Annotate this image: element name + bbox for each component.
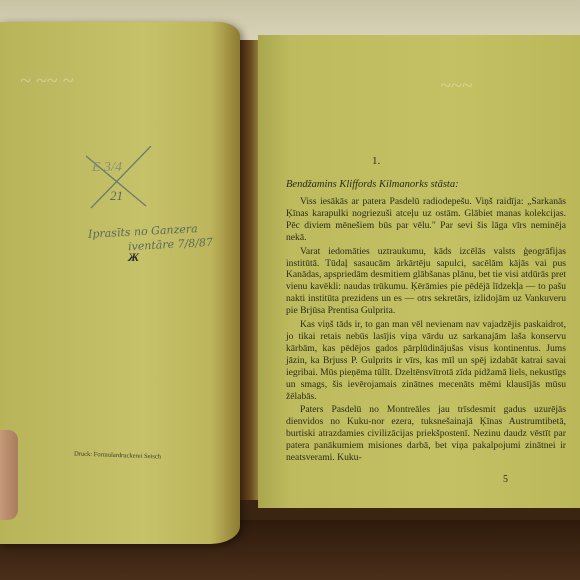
thumb: [0, 430, 18, 520]
paragraph: Paters Pasdelū no Montreāles jau trīsdes…: [286, 404, 566, 464]
signature: Ж: [128, 250, 139, 265]
library-stamp-mark: [86, 146, 156, 216]
stamp-number: 21: [110, 188, 123, 204]
chapter-number: 1.: [372, 155, 380, 167]
paragraph: Varat iedomāties uztraukumu, kāds izcēlā…: [286, 246, 566, 317]
ghost-impression: ~ ~~ ~: [20, 70, 73, 93]
stamp-code: E 3/4: [92, 160, 122, 176]
ghost-impression: ~~~: [440, 75, 472, 98]
chapter-heading: Bendžamins Kliffords Kilmanorks stāsta:: [286, 179, 459, 190]
paragraph: Viss iesākās ar patera Pasdelū radiodepe…: [286, 196, 566, 244]
left-page: [0, 22, 240, 544]
page-number: 5: [503, 474, 508, 485]
body-text: Viss iesākās ar patera Pasdelū radiodepe…: [286, 196, 566, 466]
paragraph: Kas viņš tāds ir, to gan man vēl neviena…: [286, 319, 566, 402]
